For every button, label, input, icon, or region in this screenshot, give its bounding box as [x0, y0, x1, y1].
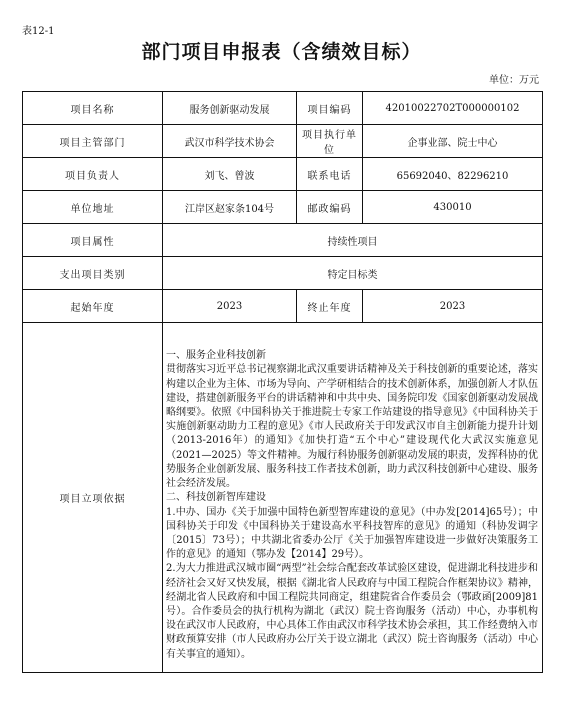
unit-label: 单位：万元 — [489, 71, 539, 86]
project-leader-value: 刘飞、曾波 — [163, 158, 297, 191]
table-row-years: 起始年度 2023 终止年度 2023 — [23, 290, 543, 323]
phone-label: 联系电话 — [297, 158, 363, 191]
table-row-department: 项目主管部门 武汉市科学技术协会 项目执行单位 企事业部、院士中心 — [23, 125, 543, 158]
start-year-value: 2023 — [163, 290, 297, 323]
project-name-value: 服务创新驱动发展 — [163, 92, 297, 125]
form-number: 表12-1 — [22, 22, 54, 37]
table-row-expense-category: 支出项目类别 特定目标类 — [23, 257, 543, 290]
postcode-value: 430010 — [363, 191, 543, 224]
table-row-contact: 项目负责人 刘飞、曾波 联系电话 65692040、82296210 — [23, 158, 543, 191]
end-year-label: 终止年度 — [297, 290, 363, 323]
postcode-label: 邮政编码 — [297, 191, 363, 224]
end-year-value: 2023 — [363, 290, 543, 323]
table-row-attribute: 项目属性 持续性项目 — [23, 224, 543, 257]
table-row-basis: 项目立项依据 一、服务企业科技创新 贯彻落实习近平总书记视察湖北武汉重要讲话精神… — [23, 323, 543, 673]
project-attribute-label: 项目属性 — [23, 224, 163, 257]
basis-heading-1: 一、服务企业科技创新 — [166, 349, 538, 363]
supervising-dept-label: 项目主管部门 — [23, 125, 163, 158]
start-year-label: 起始年度 — [23, 290, 163, 323]
project-application-table: 项目名称 服务创新驱动发展 项目编码 42010022702T000000102… — [22, 91, 543, 673]
phone-value: 65692040、82296210 — [363, 158, 543, 191]
executing-unit-label: 项目执行单位 — [297, 125, 363, 158]
executing-unit-value: 企事业部、院士中心 — [363, 125, 543, 158]
project-basis-label: 项目立项依据 — [23, 323, 163, 673]
address-value: 江岸区赵家条104号 — [163, 191, 297, 224]
project-basis-text: 一、服务企业科技创新 贯彻落实习近平总书记视察湖北武汉重要讲话精神及关于科技创新… — [163, 323, 543, 673]
expense-category-value: 特定目标类 — [163, 257, 543, 290]
basis-heading-2: 二、科技创新智库建设 — [166, 491, 538, 505]
basis-paragraph-2: 1.中办、国办《关于加强中国特色新型智库建设的意见》（中办发[2014]65号）… — [166, 506, 538, 563]
document-title: 部门项目申报表（含绩效目标） — [0, 37, 563, 64]
project-code-value: 42010022702T000000102 — [363, 92, 543, 125]
table-row-address: 单位地址 江岸区赵家条104号 邮政编码 430010 — [23, 191, 543, 224]
basis-paragraph-1: 贯彻落实习近平总书记视察湖北武汉重要讲话精神及关于科技创新的重要论述，落实构建以… — [166, 363, 538, 491]
address-label: 单位地址 — [23, 191, 163, 224]
project-name-label: 项目名称 — [23, 92, 163, 125]
project-attribute-value: 持续性项目 — [163, 224, 543, 257]
basis-paragraph-3: 2.为大力推进武汉城市圈“两型”社会综合配套改革试验区建设，促进湖北科技进步和经… — [166, 562, 538, 661]
expense-category-label: 支出项目类别 — [23, 257, 163, 290]
project-code-label: 项目编码 — [297, 92, 363, 125]
project-leader-label: 项目负责人 — [23, 158, 163, 191]
table-row-project-name: 项目名称 服务创新驱动发展 项目编码 42010022702T000000102 — [23, 92, 543, 125]
supervising-dept-value: 武汉市科学技术协会 — [163, 125, 297, 158]
